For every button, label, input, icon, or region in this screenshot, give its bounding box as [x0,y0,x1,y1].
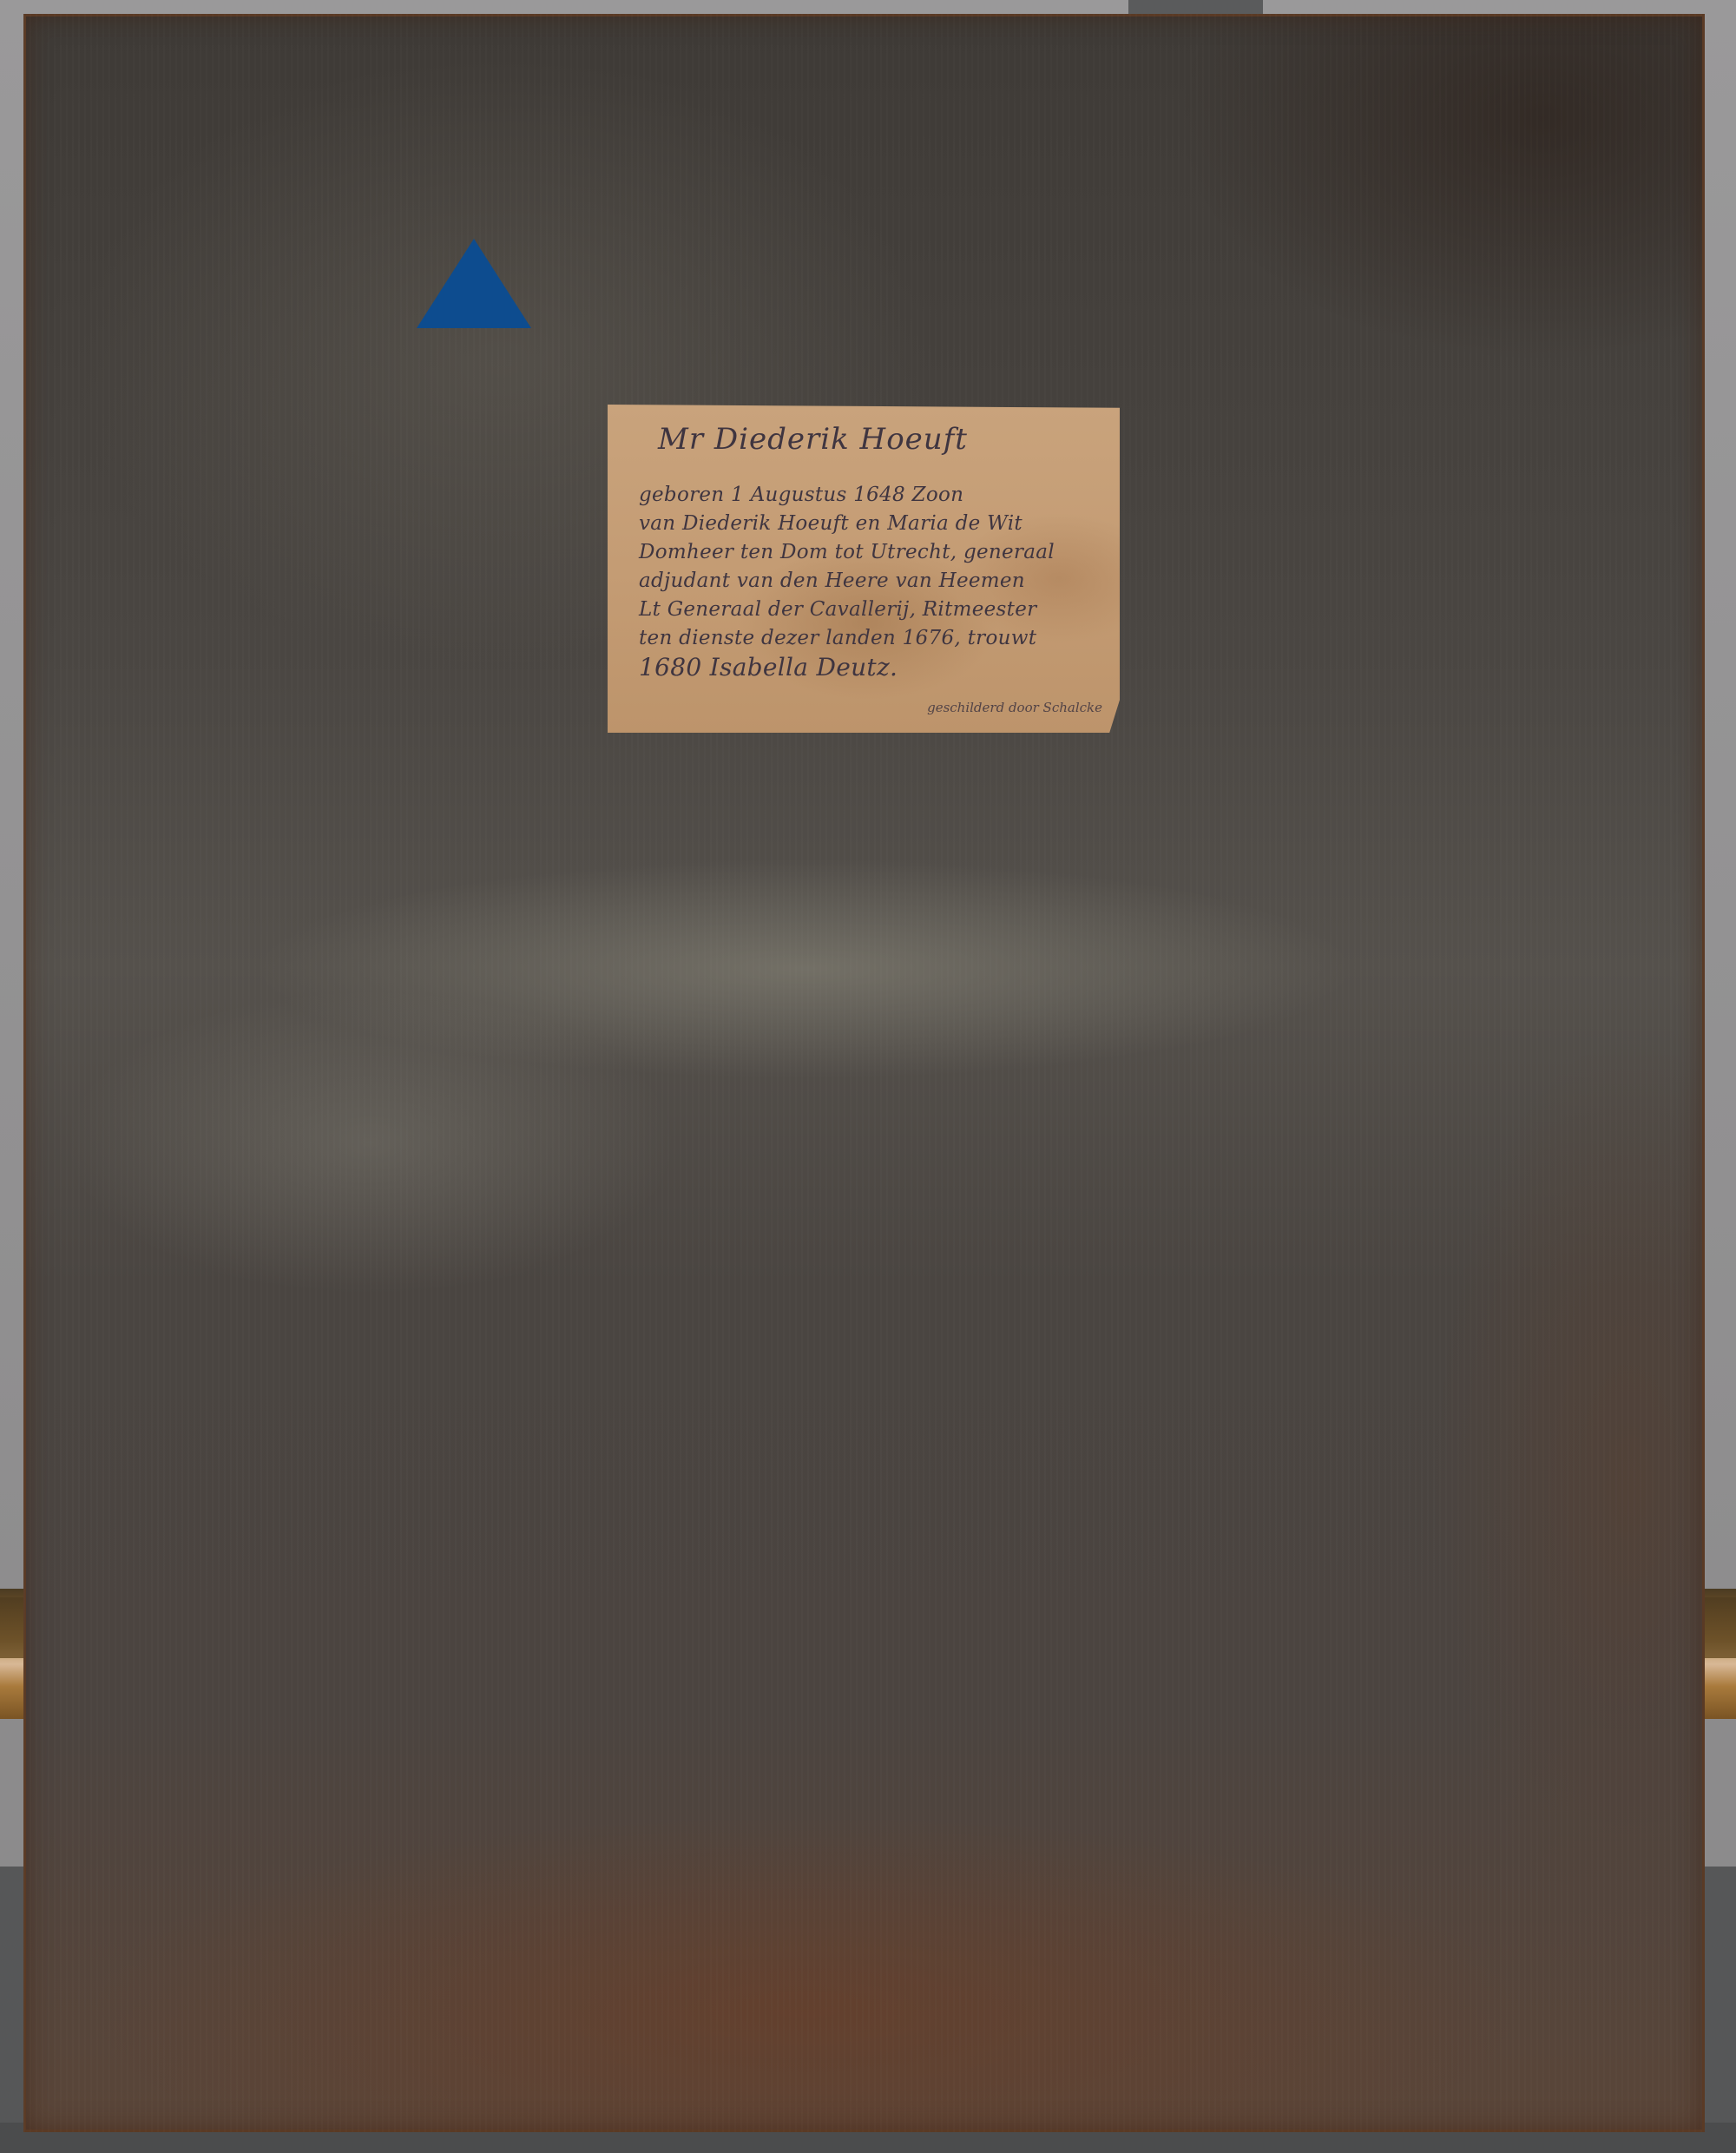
label-line: Domheer ten Dom tot Utrecht, generaal [639,538,1108,567]
label-line: 1680 Isabella Deutz. [639,653,1108,681]
label-title: Mr Diederik Hoeuft [658,422,968,457]
label-line: Lt Generaal der Cavallerij, Ritmeester [639,596,1108,624]
handwritten-label: Mr Diederik Hoeuft geboren 1 Augustus 16… [608,405,1120,733]
copper-panel-back [23,14,1705,2132]
label-line: ten dienste dezer landen 1676, trouwt [639,624,1108,653]
label-line: van Diederik Hoeuft en Maria de Wit [639,510,1108,538]
blue-triangle-marker [417,239,531,328]
label-line: adjudant van den Heere van Heemen [639,567,1108,596]
label-text: geboren 1 Augustus 1648 Zoon van Diederi… [639,481,1108,681]
panel-texture [23,14,1705,2132]
label-line: geboren 1 Augustus 1648 Zoon [639,481,1108,510]
label-signature: geschilderd door Schalcke [927,700,1102,715]
